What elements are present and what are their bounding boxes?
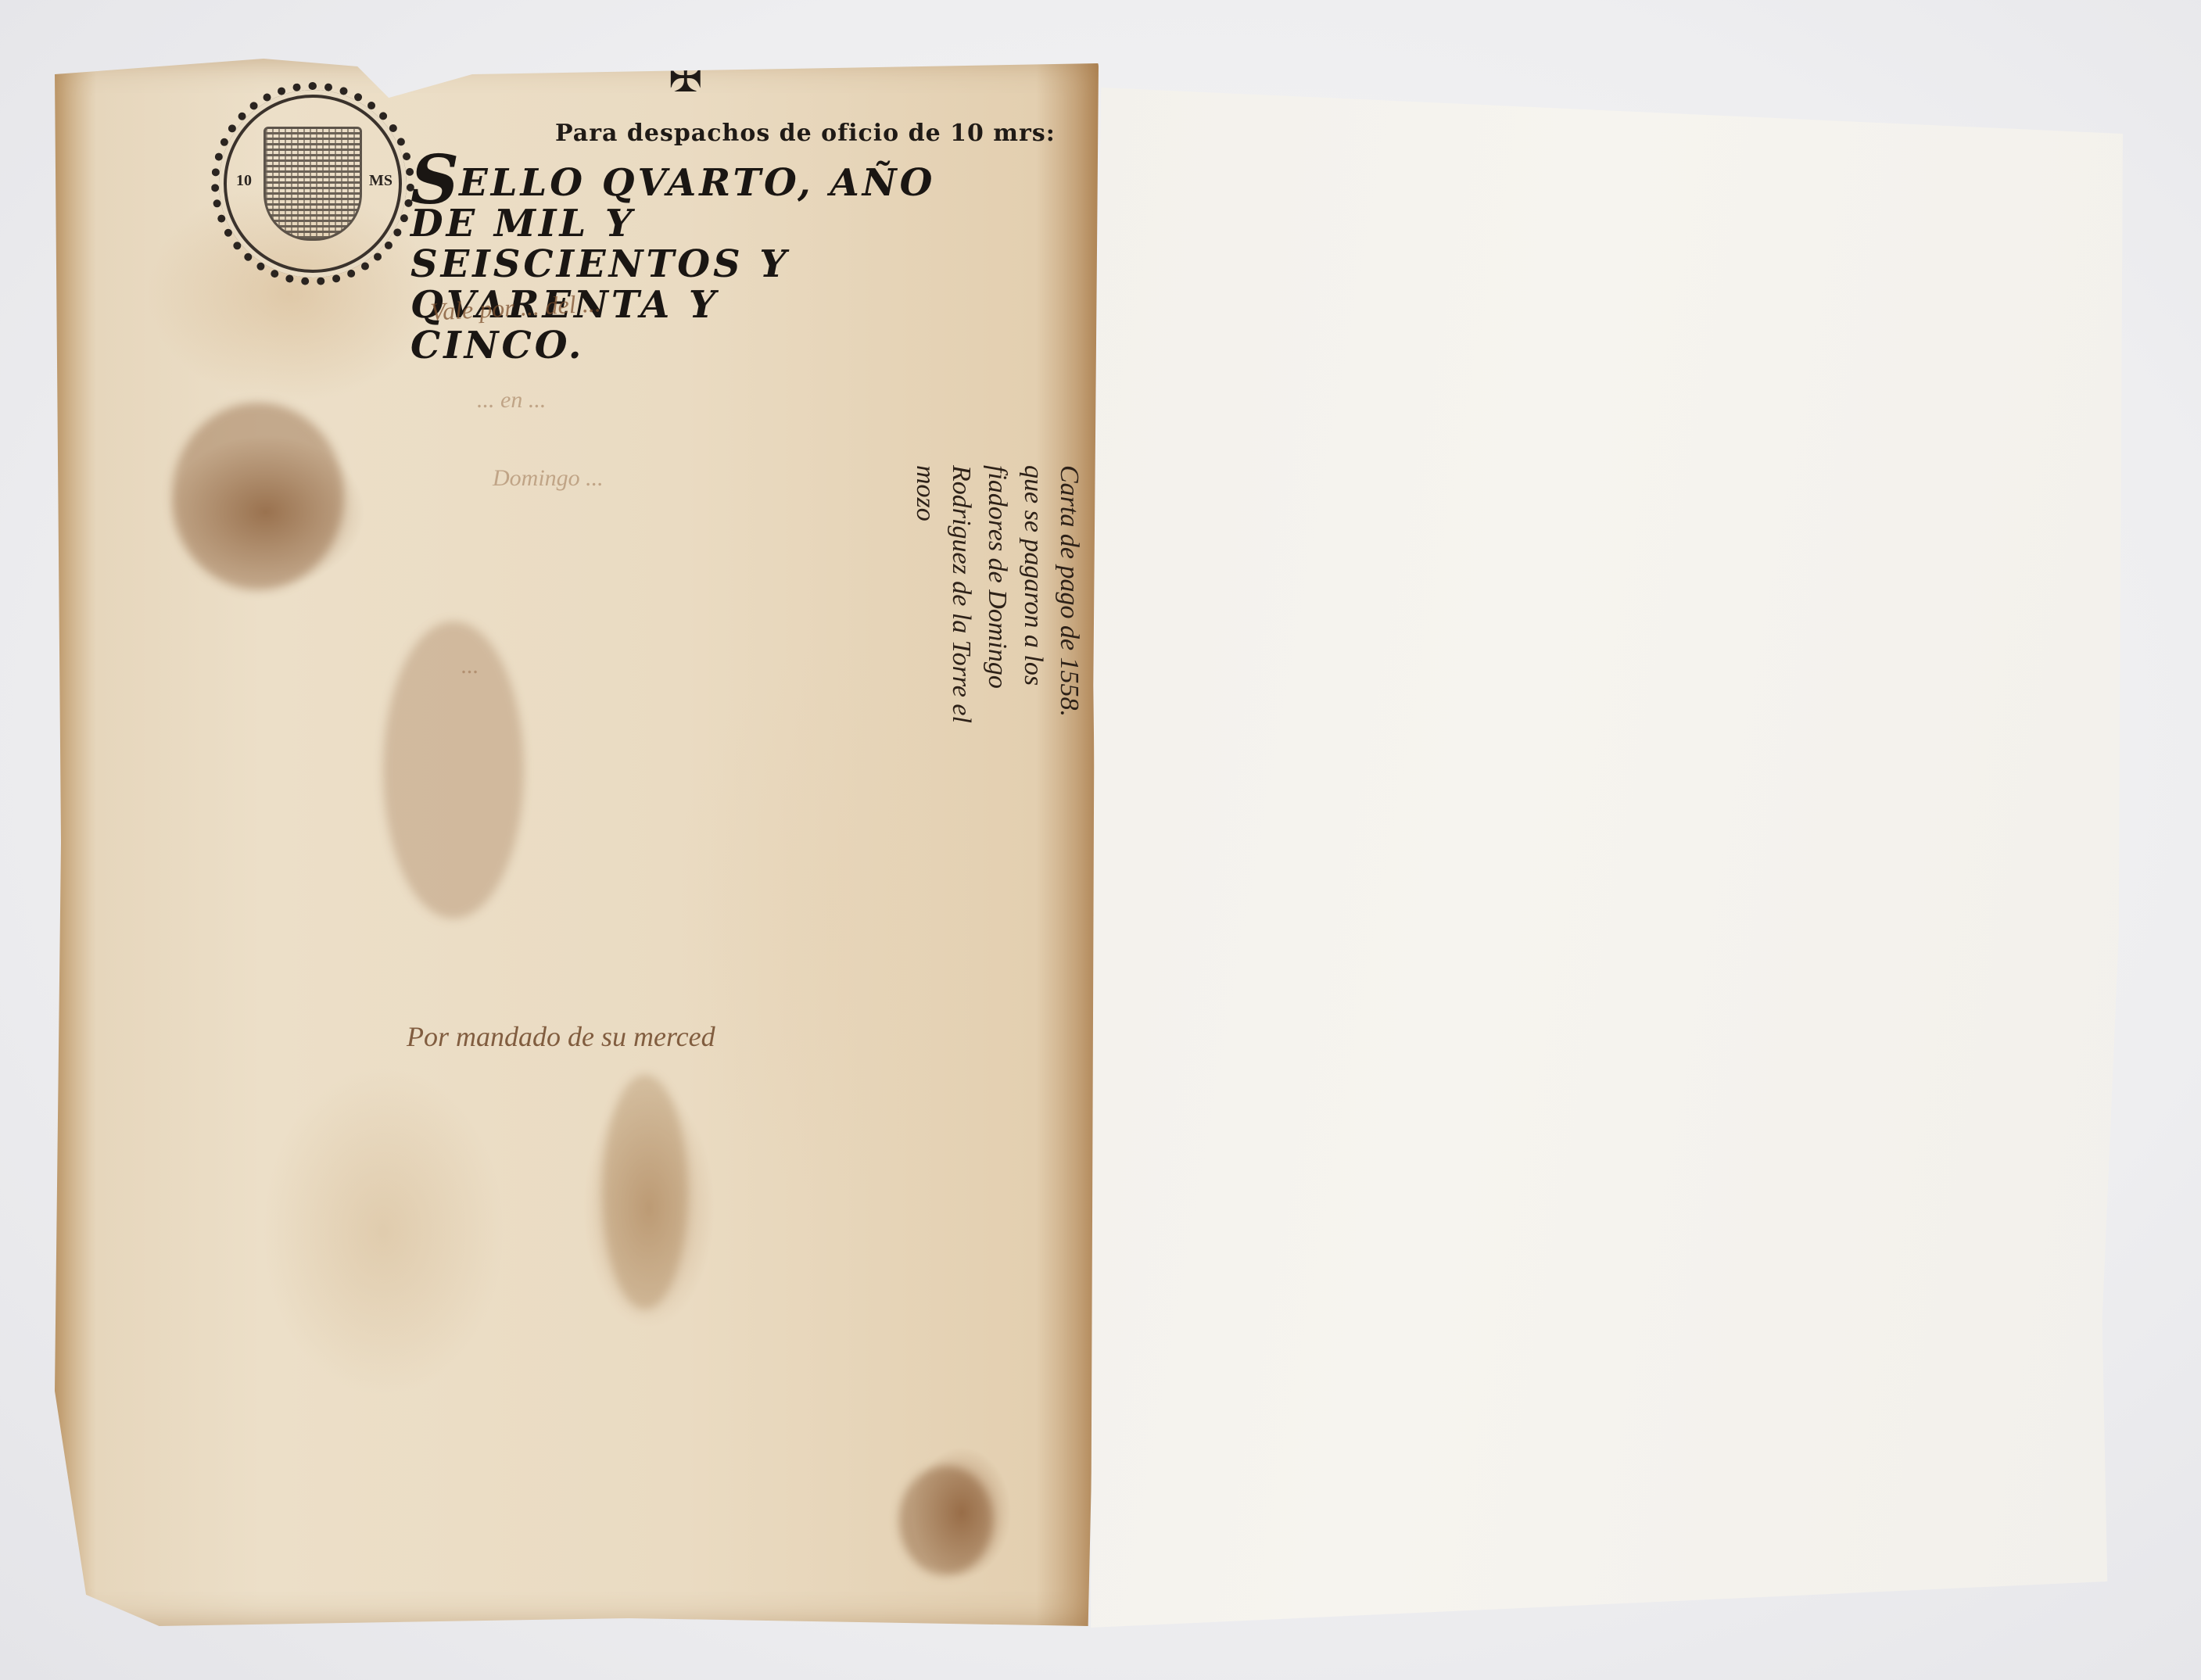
aged-stamped-paper: 10 MS ✠ Para despachos de oficio de 10 m… <box>55 59 1099 1626</box>
faded-handwriting: Domingo ... <box>493 465 604 492</box>
cross-icon: ✠ <box>669 55 703 102</box>
stamp-heading: SELLO QVARTO, AÑO DE MIL Y SEISCIENTOS Y… <box>410 160 973 366</box>
royal-seal-stamp: 10 MS <box>211 82 414 285</box>
ink-stain <box>172 403 344 590</box>
seal-value-label: 10 <box>236 172 252 190</box>
document-photo: 10 MS ✠ Para despachos de oficio de 10 m… <box>0 0 2201 1680</box>
seal-unit-label: MS <box>369 172 393 190</box>
note-line: fiadores de Domingo <box>979 465 1015 723</box>
note-line: Rodriguez de la Torre el <box>943 465 979 723</box>
water-stain <box>602 1075 688 1309</box>
note-line: que se pagaron a los <box>1015 465 1051 723</box>
mandate-line: Por mandado de su merced <box>407 1020 715 1053</box>
blank-sheet <box>1091 88 2123 1628</box>
note-line: Carta de pago de 1558. <box>1051 465 1087 723</box>
note-line: mozo <box>907 465 943 723</box>
coat-of-arms-icon <box>263 127 362 241</box>
faded-handwriting: ... en ... <box>477 387 546 414</box>
water-stain <box>899 1466 993 1575</box>
archival-note-vertical: Carta de pago de 1558. que se pagaron a … <box>907 465 1087 723</box>
faded-handwriting: ... <box>461 653 479 679</box>
stamp-subtitle: Para despachos de oficio de 10 mrs: <box>555 120 1056 147</box>
heading-line-3: CINCO. <box>410 325 973 366</box>
heading-line-1: ELLO QVARTO, AÑO DE MIL Y <box>410 161 935 245</box>
ink-stain <box>383 621 524 919</box>
